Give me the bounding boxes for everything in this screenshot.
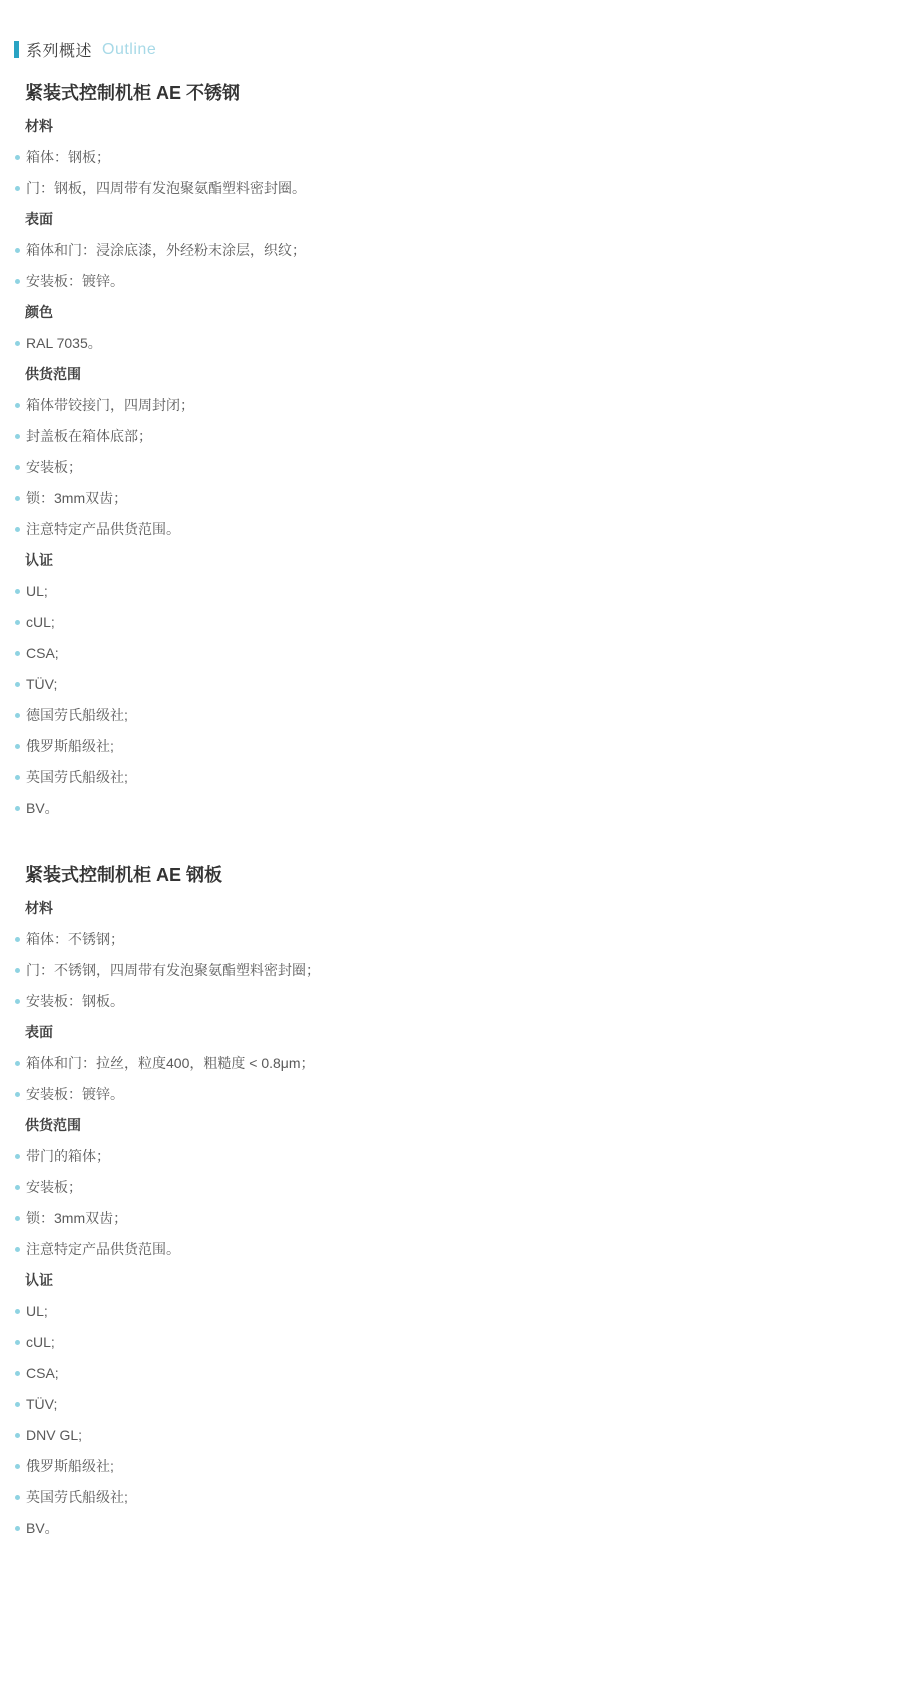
group-item-list: 箱体：不锈钢；门：不锈钢，四周带有发泡聚氨酯塑料密封圈；安装板：钢板。 bbox=[25, 930, 870, 1011]
bullet-dot-icon bbox=[15, 465, 20, 470]
bullet-dot-icon bbox=[15, 682, 20, 687]
bullet-dot-icon bbox=[15, 1247, 20, 1252]
bullet-dot-icon bbox=[15, 1154, 20, 1159]
list-item-text: 注意特定产品供货范围。 bbox=[26, 521, 180, 537]
list-item: cUL; bbox=[25, 1333, 870, 1352]
list-item-text: 带门的箱体； bbox=[26, 1148, 110, 1164]
product-section: 紧装式控制机柜 AE 不锈钢材料箱体：钢板；门：钢板，四周带有发泡聚氨酯塑料密封… bbox=[25, 81, 870, 818]
list-item-text: 安装板：镀锌。 bbox=[26, 1086, 124, 1102]
group-item-list: 箱体和门：拉丝，粒度400，粗糙度 < 0.8μm；安装板：镀锌。 bbox=[25, 1054, 870, 1104]
list-item: 俄罗斯船级社; bbox=[25, 1457, 870, 1476]
list-item: CSA; bbox=[25, 1364, 870, 1383]
list-item: 注意特定产品供货范围。 bbox=[25, 520, 870, 539]
bullet-dot-icon bbox=[15, 589, 20, 594]
list-item: 安装板； bbox=[25, 458, 870, 477]
list-item: 安装板：镀锌。 bbox=[25, 272, 870, 291]
list-item-text: 俄罗斯船级社; bbox=[26, 738, 114, 754]
list-item-text: RAL 7035。 bbox=[26, 335, 102, 351]
accent-bar-icon bbox=[14, 41, 19, 58]
list-item: 安装板：钢板。 bbox=[25, 992, 870, 1011]
list-item-text: 锁：3mm双齿； bbox=[26, 1210, 127, 1226]
list-item-text: CSA; bbox=[26, 645, 59, 661]
group-item-list: 带门的箱体；安装板；锁：3mm双齿；注意特定产品供货范围。 bbox=[25, 1147, 870, 1259]
bullet-dot-icon bbox=[15, 186, 20, 191]
list-item: 锁：3mm双齿； bbox=[25, 489, 870, 508]
bullet-dot-icon bbox=[15, 968, 20, 973]
bullet-dot-icon bbox=[15, 1433, 20, 1438]
group-heading: 表面 bbox=[25, 1023, 870, 1042]
list-item: 箱体和门：浸涂底漆，外经粉末涂层，织纹； bbox=[25, 241, 870, 260]
bullet-dot-icon bbox=[15, 937, 20, 942]
bullet-dot-icon bbox=[15, 1061, 20, 1066]
group-heading: 供货范围 bbox=[25, 1116, 870, 1135]
bullet-dot-icon bbox=[15, 155, 20, 160]
list-item-text: 箱体和门：浸涂底漆，外经粉末涂层，织纹； bbox=[26, 242, 306, 258]
list-item-text: TÜV; bbox=[26, 1396, 57, 1412]
bullet-dot-icon bbox=[15, 496, 20, 501]
list-item-text: 箱体和门：拉丝，粒度400，粗糙度 < 0.8μm； bbox=[26, 1055, 315, 1071]
section-header: 系列概述 Outline bbox=[14, 38, 870, 61]
group-item-list: 箱体：钢板；门：钢板，四周带有发泡聚氨酯塑料密封圈。 bbox=[25, 148, 870, 198]
group-heading: 认证 bbox=[25, 551, 870, 570]
list-item-text: 箱体：不锈钢； bbox=[26, 931, 124, 947]
group-heading: 颜色 bbox=[25, 303, 870, 322]
bullet-dot-icon bbox=[15, 1464, 20, 1469]
list-item: DNV GL; bbox=[25, 1426, 870, 1445]
bullet-dot-icon bbox=[15, 1495, 20, 1500]
list-item-text: 德国劳氏船级社; bbox=[26, 707, 128, 723]
group-heading: 认证 bbox=[25, 1271, 870, 1290]
list-item-text: 门：钢板，四周带有发泡聚氨酯塑料密封圈。 bbox=[26, 180, 306, 196]
list-item: 箱体：不锈钢； bbox=[25, 930, 870, 949]
list-item: 带门的箱体； bbox=[25, 1147, 870, 1166]
list-item-text: 安装板：钢板。 bbox=[26, 993, 124, 1009]
list-item-text: TÜV; bbox=[26, 676, 57, 692]
list-item: 锁：3mm双齿； bbox=[25, 1209, 870, 1228]
list-item: UL; bbox=[25, 582, 870, 601]
list-item: TÜV; bbox=[25, 1395, 870, 1414]
bullet-dot-icon bbox=[15, 527, 20, 532]
bullet-dot-icon bbox=[15, 248, 20, 253]
bullet-dot-icon bbox=[15, 744, 20, 749]
list-item-text: 注意特定产品供货范围。 bbox=[26, 1241, 180, 1257]
list-item: 安装板：镀锌。 bbox=[25, 1085, 870, 1104]
group-heading: 表面 bbox=[25, 210, 870, 229]
bullet-dot-icon bbox=[15, 434, 20, 439]
product-section: 紧装式控制机柜 AE 钢板材料箱体：不锈钢；门：不锈钢，四周带有发泡聚氨酯塑料密… bbox=[25, 863, 870, 1538]
bullet-dot-icon bbox=[15, 403, 20, 408]
bullet-dot-icon bbox=[15, 1185, 20, 1190]
list-item-text: 英国劳氏船级社; bbox=[26, 1489, 128, 1505]
list-item-text: 封盖板在箱体底部； bbox=[26, 428, 152, 444]
list-item-text: BV。 bbox=[26, 1520, 59, 1536]
list-item: CSA; bbox=[25, 644, 870, 663]
list-item: 英国劳氏船级社; bbox=[25, 768, 870, 787]
bullet-dot-icon bbox=[15, 1402, 20, 1407]
list-item-text: 锁：3mm双齿； bbox=[26, 490, 127, 506]
list-item: 箱体带铰接门，四周封闭； bbox=[25, 396, 870, 415]
section-header-title-zh: 系列概述 bbox=[26, 38, 92, 61]
list-item-text: UL; bbox=[26, 1303, 48, 1319]
list-item: 箱体和门：拉丝，粒度400，粗糙度 < 0.8μm； bbox=[25, 1054, 870, 1073]
bullet-dot-icon bbox=[15, 651, 20, 656]
list-item-text: cUL; bbox=[26, 614, 55, 630]
sections-container: 紧装式控制机柜 AE 不锈钢材料箱体：钢板；门：钢板，四周带有发泡聚氨酯塑料密封… bbox=[25, 81, 870, 1538]
list-item-text: 俄罗斯船级社; bbox=[26, 1458, 114, 1474]
group-heading: 供货范围 bbox=[25, 365, 870, 384]
list-item-text: 安装板； bbox=[26, 459, 82, 475]
group-item-list: UL;cUL;CSA;TÜV;德国劳氏船级社;俄罗斯船级社;英国劳氏船级社;BV… bbox=[25, 582, 870, 818]
list-item: 门：钢板，四周带有发泡聚氨酯塑料密封圈。 bbox=[25, 179, 870, 198]
group-item-list: RAL 7035。 bbox=[25, 334, 870, 353]
list-item: 箱体：钢板； bbox=[25, 148, 870, 167]
list-item-text: 箱体：钢板； bbox=[26, 149, 110, 165]
list-item: RAL 7035。 bbox=[25, 334, 870, 353]
group-item-list: UL;cUL;CSA;TÜV;DNV GL;俄罗斯船级社;英国劳氏船级社;BV。 bbox=[25, 1302, 870, 1538]
list-item-text: BV。 bbox=[26, 800, 59, 816]
page: 系列概述 Outline 紧装式控制机柜 AE 不锈钢材料箱体：钢板；门：钢板，… bbox=[0, 0, 900, 1701]
section-title: 紧装式控制机柜 AE 不锈钢 bbox=[25, 81, 870, 105]
group-item-list: 箱体带铰接门，四周封闭；封盖板在箱体底部；安装板；锁：3mm双齿；注意特定产品供… bbox=[25, 396, 870, 539]
bullet-dot-icon bbox=[15, 1340, 20, 1345]
list-item: 英国劳氏船级社; bbox=[25, 1488, 870, 1507]
bullet-dot-icon bbox=[15, 999, 20, 1004]
list-item: 德国劳氏船级社; bbox=[25, 706, 870, 725]
bullet-dot-icon bbox=[15, 1092, 20, 1097]
list-item: 安装板； bbox=[25, 1178, 870, 1197]
section-title: 紧装式控制机柜 AE 钢板 bbox=[25, 863, 870, 887]
bullet-dot-icon bbox=[15, 1216, 20, 1221]
list-item-text: CSA; bbox=[26, 1365, 59, 1381]
group-heading: 材料 bbox=[25, 899, 870, 918]
list-item: BV。 bbox=[25, 1519, 870, 1538]
list-item: 封盖板在箱体底部； bbox=[25, 427, 870, 446]
list-item-text: 安装板； bbox=[26, 1179, 82, 1195]
bullet-dot-icon bbox=[15, 279, 20, 284]
bullet-dot-icon bbox=[15, 1309, 20, 1314]
bullet-dot-icon bbox=[15, 1526, 20, 1531]
list-item: 注意特定产品供货范围。 bbox=[25, 1240, 870, 1259]
list-item-text: 箱体带铰接门，四周封闭； bbox=[26, 397, 194, 413]
group-item-list: 箱体和门：浸涂底漆，外经粉末涂层，织纹；安装板：镀锌。 bbox=[25, 241, 870, 291]
list-item: 门：不锈钢，四周带有发泡聚氨酯塑料密封圈； bbox=[25, 961, 870, 980]
section-header-title-en: Outline bbox=[102, 41, 156, 59]
list-item-text: 门：不锈钢，四周带有发泡聚氨酯塑料密封圈； bbox=[26, 962, 320, 978]
bullet-dot-icon bbox=[15, 341, 20, 346]
bullet-dot-icon bbox=[15, 775, 20, 780]
list-item: TÜV; bbox=[25, 675, 870, 694]
list-item: 俄罗斯船级社; bbox=[25, 737, 870, 756]
bullet-dot-icon bbox=[15, 713, 20, 718]
list-item-text: DNV GL; bbox=[26, 1427, 82, 1443]
bullet-dot-icon bbox=[15, 806, 20, 811]
list-item-text: 安装板：镀锌。 bbox=[26, 273, 124, 289]
list-item-text: UL; bbox=[26, 583, 48, 599]
list-item: BV。 bbox=[25, 799, 870, 818]
bullet-dot-icon bbox=[15, 1371, 20, 1376]
group-heading: 材料 bbox=[25, 117, 870, 136]
bullet-dot-icon bbox=[15, 620, 20, 625]
list-item-text: cUL; bbox=[26, 1334, 55, 1350]
list-item: UL; bbox=[25, 1302, 870, 1321]
list-item: cUL; bbox=[25, 613, 870, 632]
list-item-text: 英国劳氏船级社; bbox=[26, 769, 128, 785]
